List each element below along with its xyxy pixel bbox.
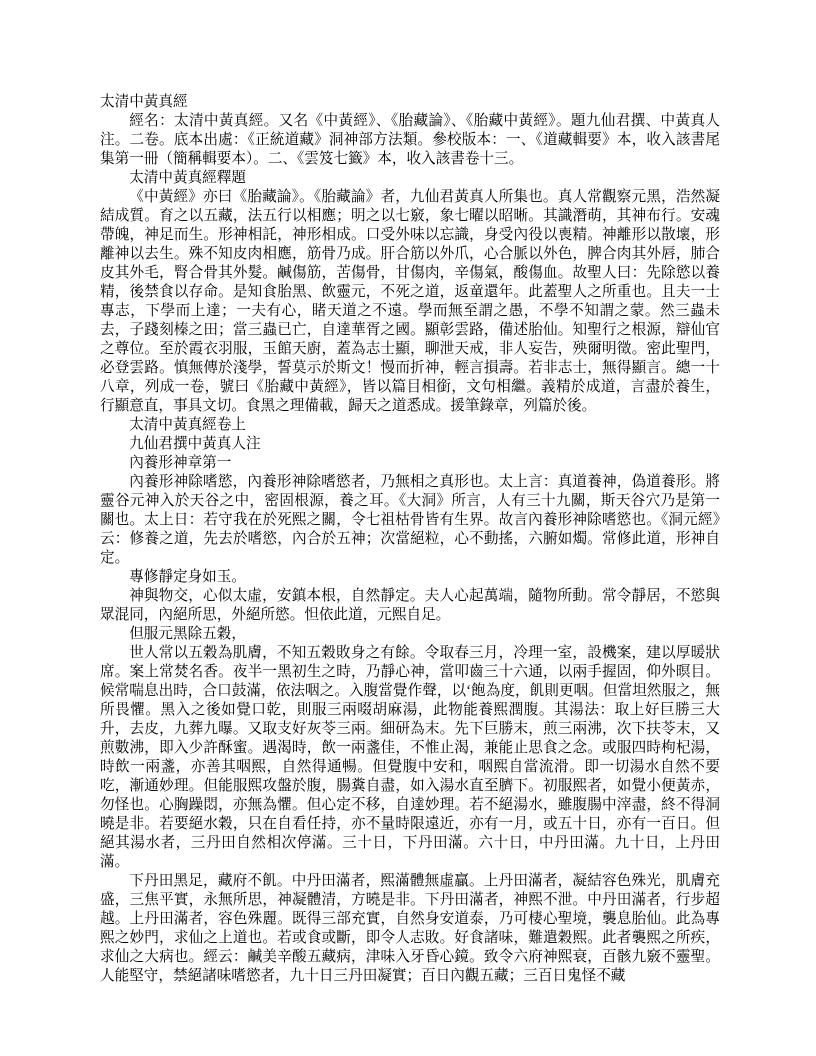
paragraph-colophon: 經名：太清中黃真經。又名《中黃經》、《胎藏論》、《胎藏中黃經》。題九仙君撰、中黃…: [100, 112, 720, 169]
document-body: 太清中黃真經 經名：太清中黃真經。又名《中黃經》、《胎藏論》、《胎藏中黃經》。題…: [100, 93, 720, 986]
byline: 九仙君撰中黃真人注: [100, 435, 720, 454]
section-heading-juan-shang: 太清中黃真經卷上: [100, 416, 720, 435]
verse-line-1: 專修靜定身如玉。: [100, 568, 720, 587]
chapter-heading-1: 內養形神章第一: [100, 454, 720, 473]
paragraph-chapter1-body: 內養形神除嗜慾，內養形神除嗜慾者，乃無相之真形也。太上言：真道養神，偽道養形。將…: [100, 473, 720, 568]
paragraph-shiti-body: 《中黃經》亦曰《胎藏論》。《胎藏論》者，九仙君黃真人所集也。真人常觀察元黑，浩然…: [100, 188, 720, 416]
section-heading-shiti: 太清中黃真經釋題: [100, 169, 720, 188]
paragraph-commentary-3: 下丹田黑足，藏府不飢。中丹田滿者，熙滿體無虛贏。上丹田滿者，凝結容色殊光，肌膚充…: [100, 872, 720, 986]
verse-line-2: 但服元黑除五穀，: [100, 625, 720, 644]
paragraph-commentary-1: 神與物交，心似太虛，安鎮本根，自然靜定。夫人心起萬端，隨物所動。常令靜居，不慾與…: [100, 587, 720, 625]
document-page: 太清中黃真經 經名：太清中黃真經。又名《中黃經》、《胎藏論》、《胎藏中黃經》。題…: [0, 0, 816, 1056]
paragraph-commentary-2: 世人常以五穀為肌膚，不知五穀敗身之有餘。令取春三月，冷理一室，設機案，建以厚暖狀…: [100, 644, 720, 872]
document-title: 太清中黃真經: [100, 93, 720, 112]
